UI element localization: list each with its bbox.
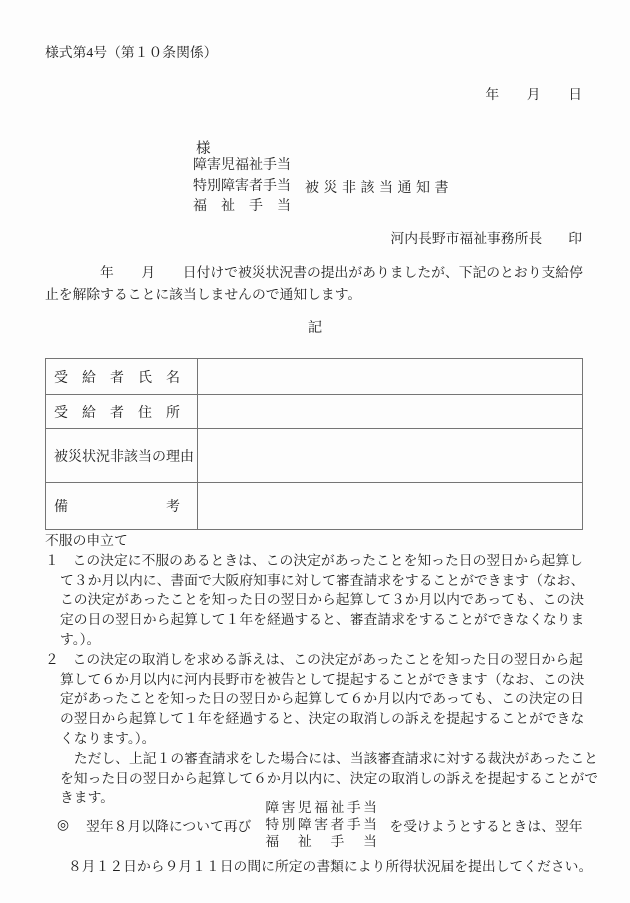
double-circle-mark: ◎ xyxy=(57,817,69,833)
row-label: 備 考 xyxy=(46,483,198,529)
renewal-note: ◎ 翌年８月以降について再び 障害児福祉手当 特別障害者手当 福 祉 手 当 を… xyxy=(57,800,583,850)
footer-allowance-line-3: 福 祉 手 当 xyxy=(265,834,379,851)
row-value xyxy=(198,429,582,482)
row-value xyxy=(198,483,582,529)
allowance-line-1: 障害児福祉手当 xyxy=(193,156,291,177)
appeal-section: 不服の申立て １ この決定に不服のあるときは、この決定があったことを知った日の翌… xyxy=(45,531,590,808)
appeal-item1-line: １ この決定に不服のあるときは、この決定があったことを知った日の翌日から起算し xyxy=(45,551,590,571)
table-row-recipient-name: 受 給 者 氏 名 xyxy=(46,359,582,395)
appeal-heading: 不服の申立て xyxy=(45,531,590,551)
appeal-item2-line: ただし、上記１の審査請求をした場合には、当該審査請求に対する裁決があったこと xyxy=(45,749,590,769)
appeal-item2-line: 算して６か月以内に河内長野市を被告として提起することができます（なお、この決 xyxy=(45,670,590,690)
allowance-stack: 障害児福祉手当 特別障害者手当 福 祉 手 当 xyxy=(193,156,291,218)
document-page: 様式第4号（第１０条関係） 年 月 日 様 障害児福祉手当 特別障害者手当 福 … xyxy=(0,0,630,903)
appeal-item2-line: ２ この決定の取消しを求める訴えは、この決定があったことを知った日の翌日から起 xyxy=(45,650,590,670)
appeal-item1-line: この決定があったことを知った日の翌日から起算して３か月以内であっても、この決 xyxy=(45,590,590,610)
addressee-suffix: 様 xyxy=(196,137,211,158)
seal-mark: 印 xyxy=(568,227,582,247)
table-row-remarks: 備 考 xyxy=(46,483,582,529)
row-value xyxy=(198,395,582,428)
renewal-note-suffix: を受けようとするときは、翌年 xyxy=(389,815,582,835)
issuer-name: 河内長野市福祉事務所長 xyxy=(390,227,542,247)
row-label: 被災状況非該当の理由 xyxy=(46,429,198,482)
issuer-line: 河内長野市福祉事務所長 印 xyxy=(390,227,582,247)
footer-allowance-stack: 障害児福祉手当 特別障害者手当 福 祉 手 当 xyxy=(265,800,379,850)
row-label: 受 給 者 住 所 xyxy=(46,395,198,428)
renewal-note-prefix: 翌年８月以降について再び xyxy=(86,815,251,835)
table-row-recipient-address: 受 給 者 住 所 xyxy=(46,395,582,429)
allowance-line-2: 特別障害者手当 xyxy=(193,177,291,198)
footer-allowance-line-1: 障害児福祉手当 xyxy=(265,800,379,817)
record-mark: 記 xyxy=(0,317,630,337)
appeal-item2-line: 定があったことを知った日の翌日から起算して６か月以内であっても、この決定の日 xyxy=(45,689,590,709)
appeal-item1-line: 定の日の翌日から起算して１年を経過すると、審査請求をすることができなくなりま xyxy=(45,610,590,630)
body-paragraph: 年 月 日付けで被災状況書の提出がありましたが、下記のとおり支給停 止を解除する… xyxy=(45,262,587,305)
appeal-item1-line: す。）。 xyxy=(45,630,590,650)
appeal-item2-line: を知った日の翌日から起算して６か月以内に、決定の取消しの訴えを提起することがで xyxy=(45,769,590,789)
body-line-2: 止を解除することに該当しませんので通知します。 xyxy=(45,284,587,306)
title-block: 障害児福祉手当 特別障害者手当 福 祉 手 当 被災非該当通知書 xyxy=(193,156,453,218)
appeal-item2-line: の翌日から起算して１年を経過すると、決定の取消しの訴えを提起することができな xyxy=(45,709,590,729)
date-line: 年 月 日 xyxy=(485,83,582,103)
recipient-table: 受 給 者 氏 名 受 給 者 住 所 被災状況非該当の理由 備 考 xyxy=(45,358,583,530)
row-label: 受 給 者 氏 名 xyxy=(46,359,198,394)
footer-allowance-line-2: 特別障害者手当 xyxy=(265,817,379,834)
appeal-item1-line: て３か月以内に、書面で大阪府知事に対して審査請求をすることができます（なお、 xyxy=(45,571,590,591)
allowance-line-3: 福 祉 手 当 xyxy=(193,197,291,218)
form-number: 様式第4号（第１０条関係） xyxy=(45,41,217,61)
document-title: 被災非該当通知書 xyxy=(305,177,453,197)
table-row-reason: 被災状況非該当の理由 xyxy=(46,429,582,483)
submission-period-line: ８月１２日から９月１１日の間に所定の書類により所得状況届を提出してください。 xyxy=(68,855,592,875)
row-value xyxy=(198,359,582,394)
appeal-item2-line: くなります。）。 xyxy=(45,729,590,749)
body-line-1: 年 月 日付けで被災状況書の提出がありましたが、下記のとおり支給停 xyxy=(45,262,587,284)
